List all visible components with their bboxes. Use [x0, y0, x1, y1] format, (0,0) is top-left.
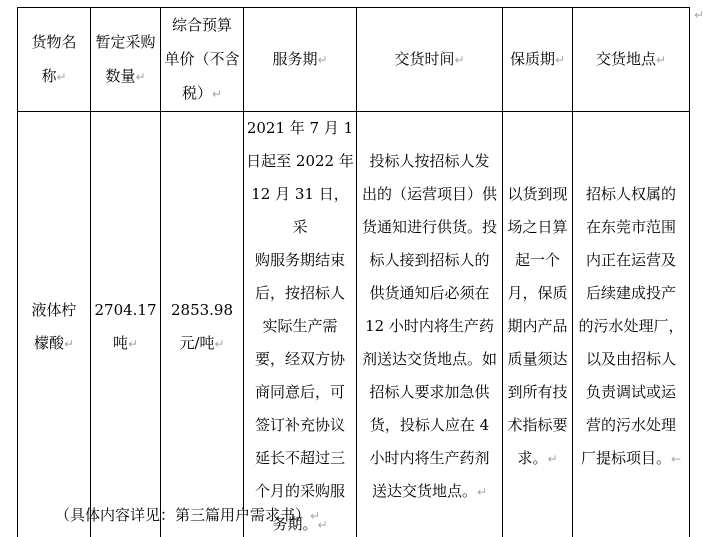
paragraph-mark-icon: ↵ [547, 452, 557, 466]
col-header-unit-price: 综合预算 单价（不含 税）↵ [161, 8, 244, 112]
header-label: 综合预算 单价（不含 税） [164, 16, 239, 102]
col-header-quantity: 暂定采购 数量↵ [91, 8, 161, 112]
shelf-life-text: 以货到现 场之日算 起一个 月，保质 期内产品 质量须达 到所有技 术指标要 求… [507, 185, 567, 467]
col-header-delivery-place: 交货地点↵ [573, 8, 690, 112]
col-header-shelf-life: 保质期↵ [503, 8, 573, 112]
cell-unit-price: 2853.98 元/吨↵ [161, 112, 244, 537]
header-label: 交货时间 [394, 50, 454, 68]
paragraph-mark-icon: ↵ [212, 87, 222, 101]
paragraph-mark-icon: ↵ [454, 53, 464, 67]
paragraph-mark-icon: ↵ [477, 485, 487, 499]
paragraph-mark-icon: ↵ [555, 53, 565, 67]
cell-quantity: 2704.17 吨↵ [91, 112, 161, 537]
procurement-table: 货物名 称↵ 暂定采购 数量↵ 综合预算 单价（不含 税）↵ 服务期↵ 交货时间… [17, 7, 690, 537]
header-row: 货物名 称↵ 暂定采购 数量↵ 综合预算 单价（不含 税）↵ 服务期↵ 交货时间… [18, 8, 690, 112]
header-label: 保质期 [510, 50, 555, 68]
cell-service-period: 2021 年 7 月 1 日起至 2022 年 12 月 31 日，采 购服务期… [244, 112, 357, 537]
end-of-cell-arrow-icon: ← [671, 452, 681, 466]
cell-shelf-life: 以货到现 场之日算 起一个 月，保质 期内产品 质量须达 到所有技 术指标要 求… [503, 112, 573, 537]
header-label: 服务期 [272, 50, 317, 68]
paragraph-mark-icon: ↵ [56, 70, 66, 84]
col-header-goods-name: 货物名 称↵ [18, 8, 91, 112]
table-row: 液体柠 檬酸↵ 2704.17 吨↵ 2853.98 元/吨↵ 2021 年 7… [18, 112, 690, 537]
footer-note: （具体内容详见：第三篇用户需求书）↵ [55, 502, 320, 529]
paragraph-mark-icon: ↵ [135, 70, 145, 84]
quantity-value: 2704.17 吨 [94, 301, 156, 352]
col-header-delivery-time: 交货时间↵ [357, 8, 503, 112]
paragraph-mark-icon: ↵ [656, 53, 666, 67]
service-period-text: 2021 年 7 月 1 日起至 2022 年 12 月 31 日，采 购服务期… [246, 119, 354, 533]
cell-delivery-place: 招标人权属的 在东莞市范围 内正在运营及 后续建成投产 的污水处理厂， 以及由招… [573, 112, 690, 537]
col-header-service-period: 服务期↵ [244, 8, 357, 112]
paragraph-mark-icon: ↵ [64, 337, 74, 351]
cell-goods-name: 液体柠 檬酸↵ [18, 112, 91, 537]
document-page: ↵ 货物名 称↵ 暂定采购 数量↵ 综合预算 单价（不含 税）↵ 服务期↵ 交货… [0, 0, 709, 537]
header-label: 交货地点 [596, 50, 656, 68]
paragraph-mark-icon: ↵ [317, 53, 327, 67]
paragraph-mark-icon: ↵ [694, 8, 704, 22]
paragraph-mark-icon: ↵ [310, 509, 320, 523]
cell-delivery-time: 投标人按招标人发 出的（运营项目）供 货通知进行供货。投 标人接到招标人的 供货… [357, 112, 503, 537]
delivery-place-text: 招标人权属的 在东莞市范围 内正在运营及 后续建成投产 的污水处理厂， 以及由招… [578, 185, 683, 467]
paragraph-mark-icon: ↵ [215, 337, 225, 351]
paragraph-mark-icon: ↵ [128, 337, 138, 351]
footer-note-text: （具体内容详见：第三篇用户需求书） [55, 506, 310, 524]
header-label: 货物名 称 [31, 33, 76, 85]
header-label: 暂定采购 数量 [95, 33, 155, 85]
delivery-time-text: 投标人按招标人发 出的（运营项目）供 货通知进行供货。投 标人接到招标人的 供货… [362, 152, 497, 500]
